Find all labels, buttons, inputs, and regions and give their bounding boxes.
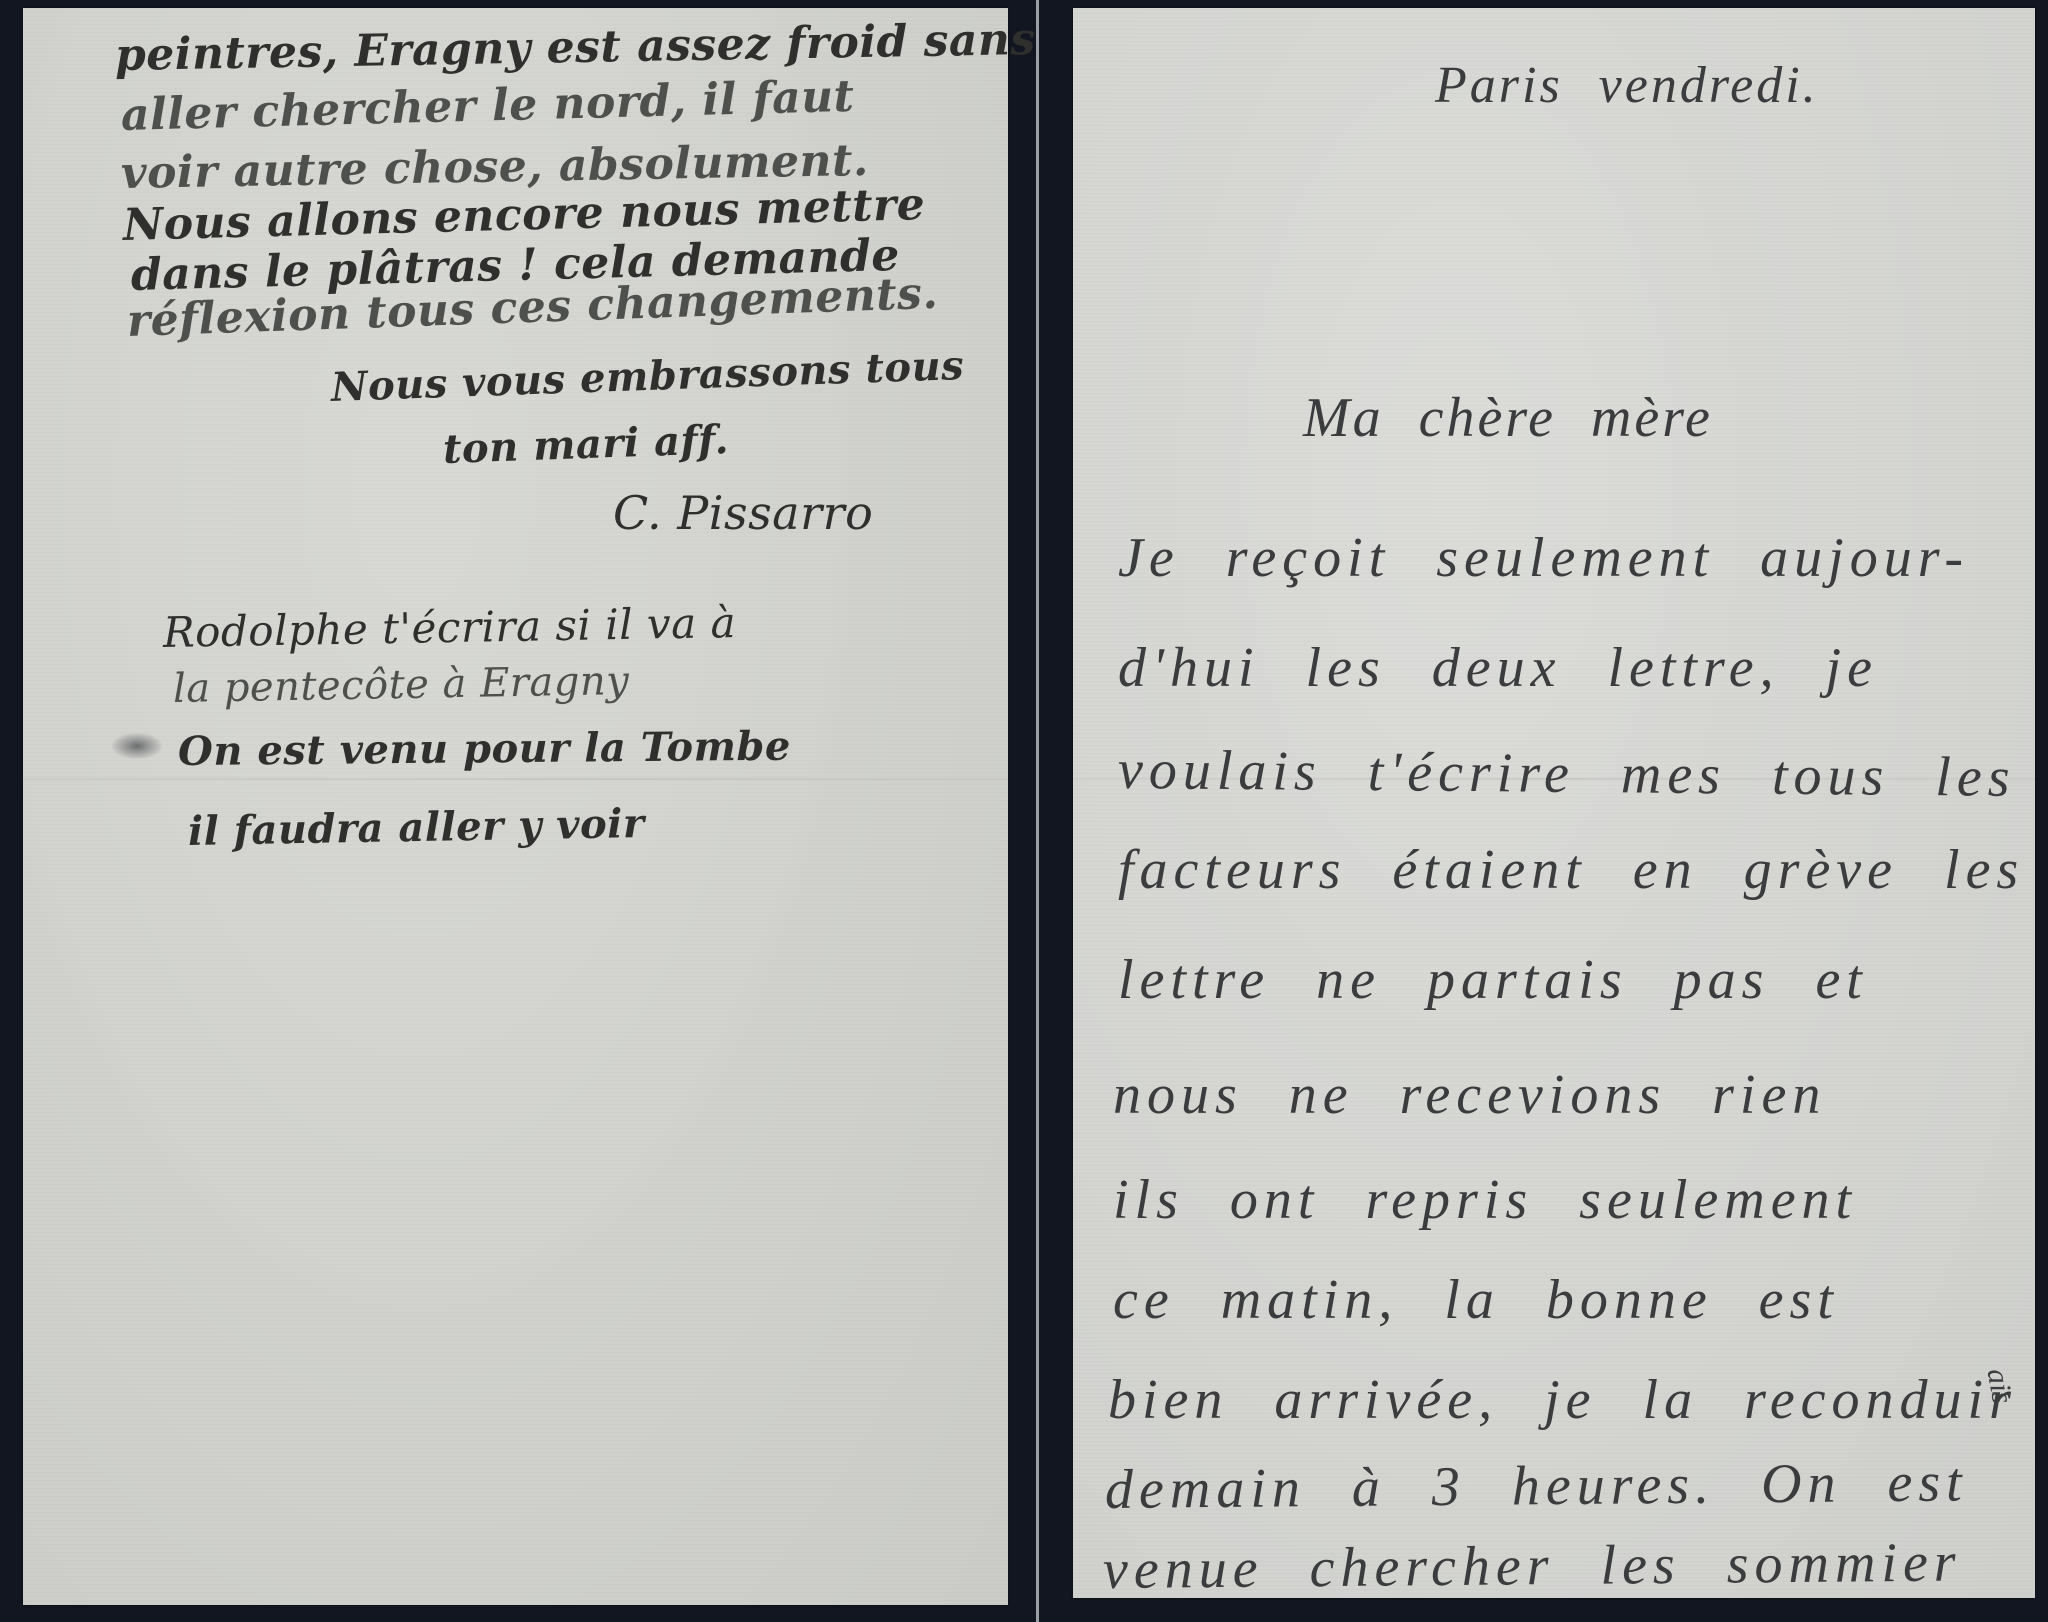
right-body-line-10: demain à 3 heures. On est	[1105, 1450, 1968, 1522]
dateline: Paris vendredi.	[1435, 56, 1819, 115]
ink-smudge	[112, 733, 162, 759]
right-body-line-1: Je reçoit seulement aujour-	[1118, 526, 1969, 590]
postscript-line-3: On est venu pour la Tombe	[178, 723, 791, 775]
right-body-line-6: nous ne recevions rien	[1113, 1063, 1826, 1127]
left-body-line-2: aller chercher le nord, il faut	[120, 71, 855, 141]
signature: C. Pissarro	[613, 486, 873, 540]
binding-gutter	[1036, 0, 1039, 1622]
photo-scene: peintres, Eragny est assez froid sans al…	[0, 0, 2048, 1622]
postscript-line-2: la pentecôte à Eragny	[173, 658, 630, 712]
letter-page-right: Paris vendredi. Ma chère mère Je reçoit …	[1073, 8, 2035, 1598]
closing-line-1: Nous vous embrassons tous	[330, 342, 965, 411]
right-body-line-11: venue chercher les sommier	[1103, 1531, 1962, 1602]
right-body-line-7: ils ont repris seulement	[1113, 1168, 1857, 1232]
right-body-line-9: bien arrivée, je la reconduir	[1108, 1368, 2017, 1432]
postscript-line-1: Rodolphe t'écrira si il va à	[163, 598, 737, 657]
right-body-line-5: lettre ne partais pas et	[1118, 948, 1868, 1012]
closing-line-2: ton mari aff.	[442, 416, 729, 473]
right-body-line-8: ce matin, la bonne est	[1113, 1268, 1839, 1332]
salutation: Ma chère mère	[1303, 386, 1713, 450]
right-body-line-2: d'hui les deux lettre, je	[1118, 636, 1878, 700]
postscript-line-4: il faudra aller y voir	[188, 800, 645, 855]
margin-overflow-text: ais	[1980, 1366, 2020, 1406]
right-body-line-3: voulais t'écrire mes tous les	[1118, 738, 2016, 810]
right-body-line-4: facteurs étaient en grève les	[1118, 838, 2024, 902]
letter-page-left: peintres, Eragny est assez froid sans al…	[23, 8, 1008, 1605]
fold-crease	[23, 778, 1008, 780]
left-body-line-1: peintres, Eragny est assez froid sans	[115, 14, 1037, 81]
